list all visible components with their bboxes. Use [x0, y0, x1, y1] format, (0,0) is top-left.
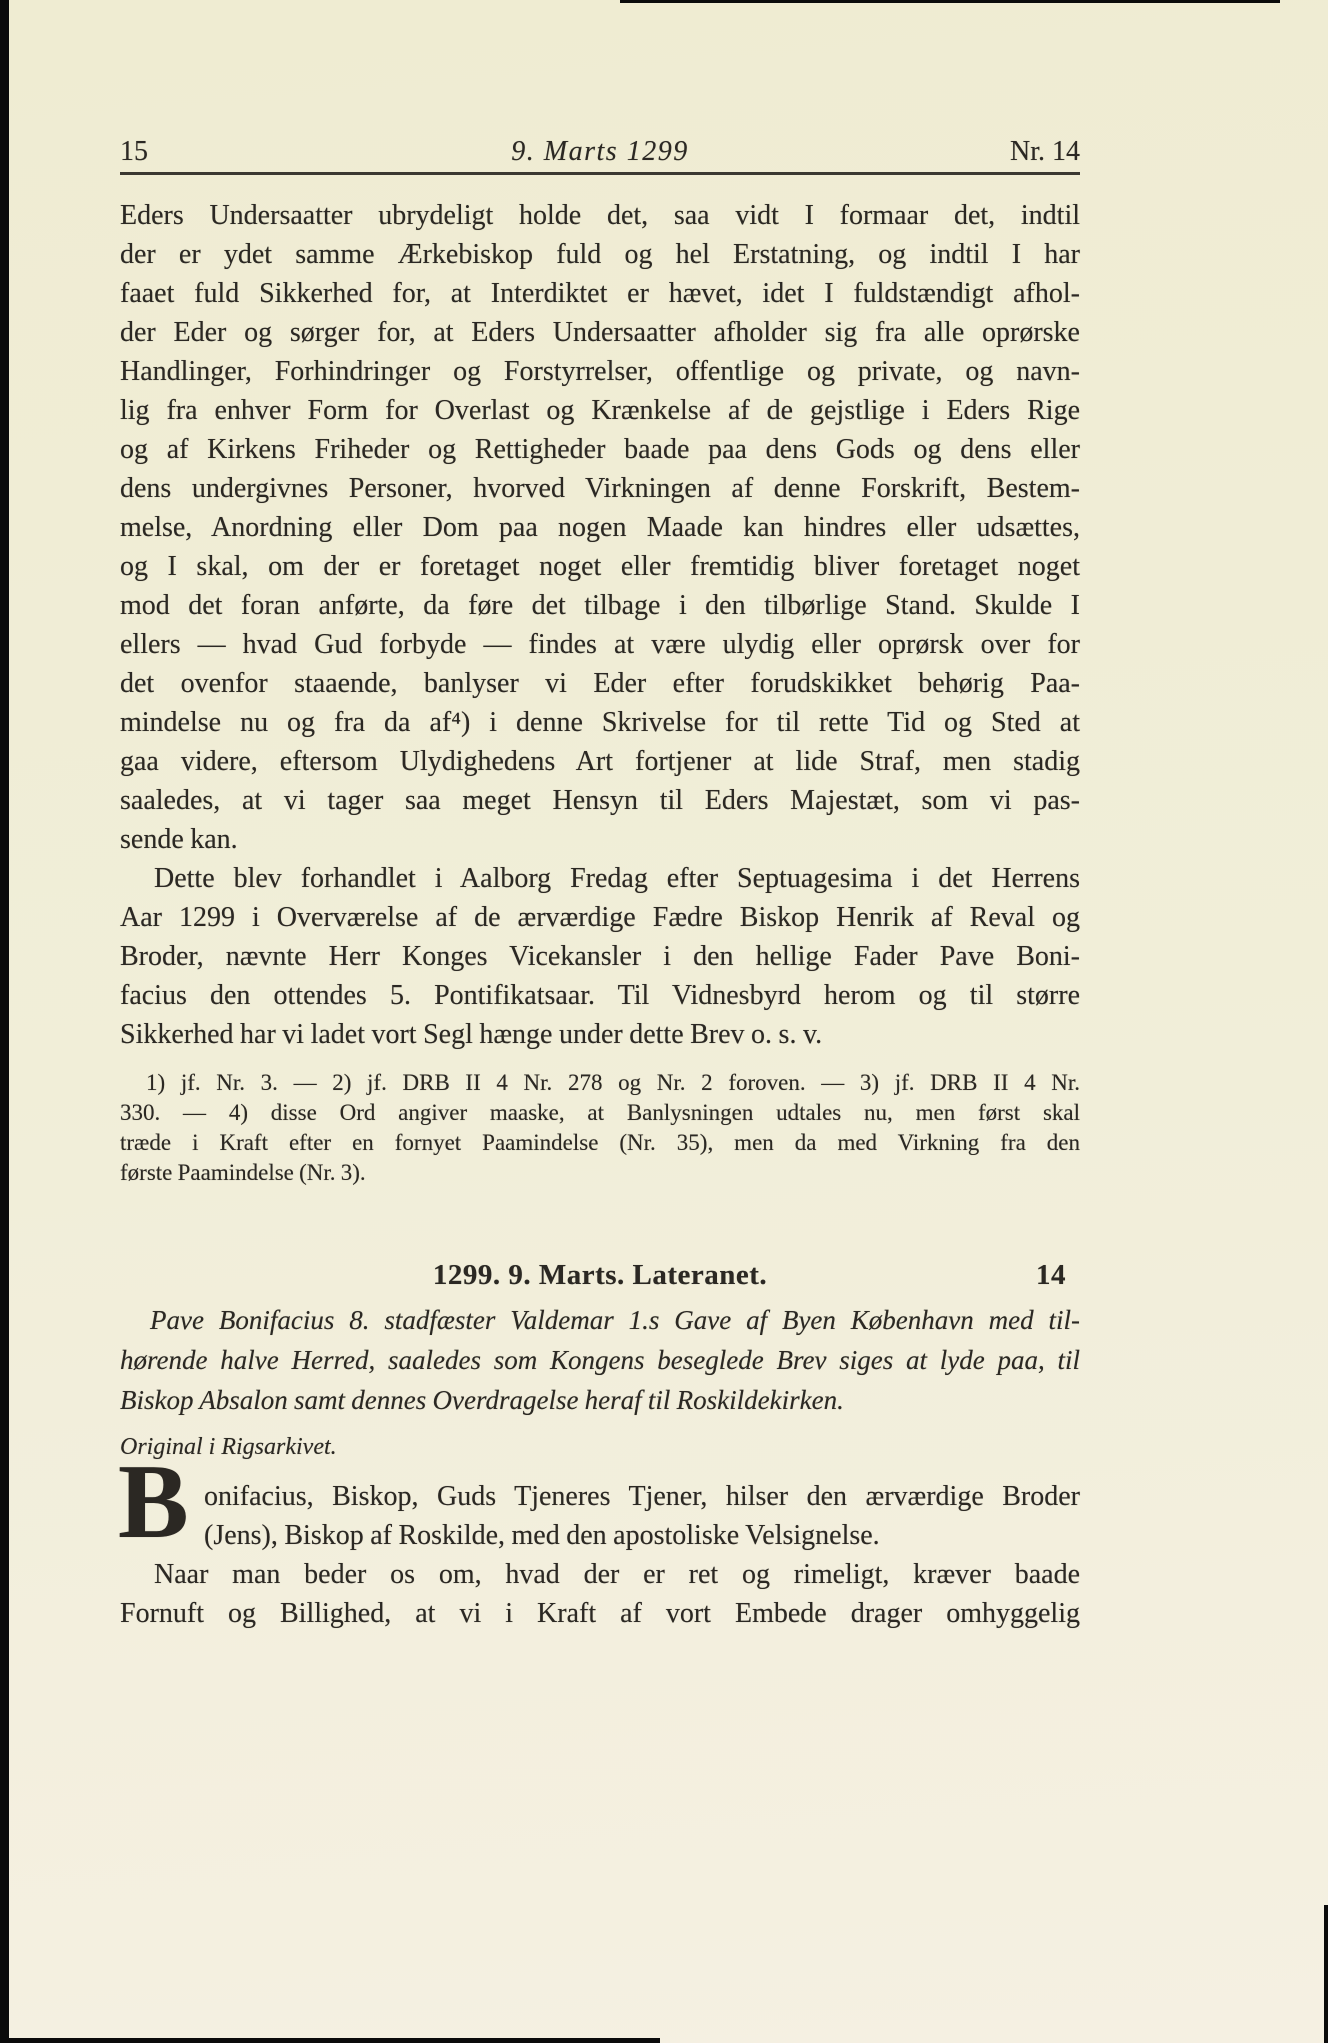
entry-14-heading-row: 1299. 9. Marts. Lateranet. 14	[120, 1257, 1080, 1293]
header-rule	[120, 172, 1080, 175]
entry-14-body-paragraph: Naar man beder os om, hvad der er ret og…	[120, 1555, 1080, 1633]
entry-13-body-paragraph: Eders Undersaatter ubrydeligt holde det,…	[120, 196, 1080, 859]
source-note: Original i Rigsarkivet.	[120, 1432, 1080, 1462]
header-entry-ref: Nr. 14	[1010, 134, 1080, 170]
entry-14-salutation-paragraph: onifacius, Biskop, Guds Tjeneres Tjener,…	[120, 1477, 1080, 1555]
entry-14-number: 14	[1036, 1257, 1066, 1293]
scan-edge-bottom	[0, 2038, 660, 2043]
entry-14-summary: Pave Bonifacius 8. stadfæster Valdemar 1…	[120, 1300, 1080, 1420]
entry-13-footnotes: 1) jf. Nr. 3. — 2) jf. DRB II 4 Nr. 278 …	[120, 1068, 1080, 1188]
scan-edge-left	[0, 0, 9, 2043]
scan-edge-top	[620, 0, 1280, 3]
page-header: 15 9. Marts 1299 Nr. 14	[120, 134, 1080, 170]
running-title: 9. Marts 1299	[120, 134, 1080, 170]
entry-13-closing-paragraph: Dette blev forhandlet i Aalborg Fredag e…	[120, 859, 1080, 1054]
entry-14-heading: 1299. 9. Marts. Lateranet.	[120, 1257, 1080, 1293]
scan-edge-right	[1324, 1905, 1328, 2043]
scanned-book-page: 15 9. Marts 1299 Nr. 14 Eders Undersaatt…	[0, 0, 1328, 2043]
